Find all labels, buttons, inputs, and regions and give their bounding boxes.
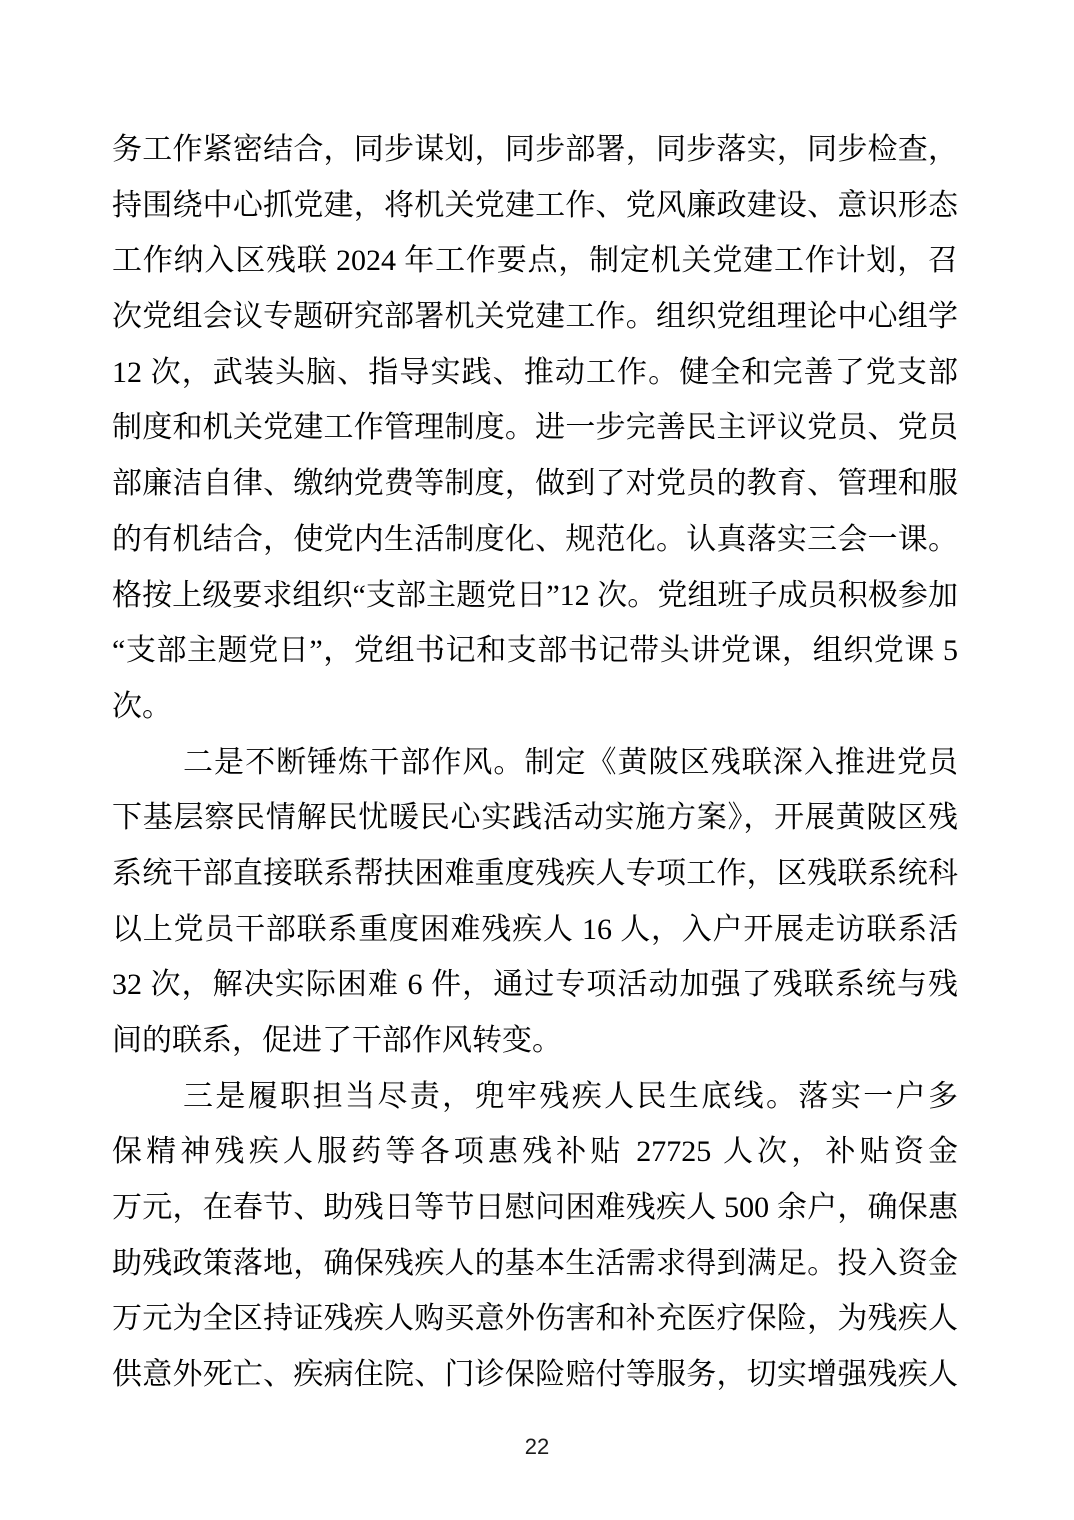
text-line: 12 次，武装头脑、指导实践、推动工作。健全和完善了党支部工作 (112, 345, 958, 401)
text-line: 次。 (112, 679, 958, 735)
text-line: 务工作紧密结合，同步谋划，同步部署，同步落实，同步检查，坚 (112, 122, 958, 178)
text-line: 制度和机关党建工作管理制度。进一步完善民主评议党员、党员干 (112, 400, 958, 456)
text-line: 万元，在春节、助残日等节日慰问困难残疾人 500 余户，确保惠残 (112, 1180, 958, 1236)
text-line: 格按上级要求组织“支部主题党日”12 次。党组班子成员积极参加 (112, 568, 958, 624)
document-body: 务工作紧密结合，同步谋划，同步部署，同步落实，同步检查，坚持围绕中心抓党建，将机… (112, 122, 958, 1403)
text-line: “支部主题党日”，党组书记和支部书记带头讲党课，组织党课 5 (112, 623, 958, 679)
text-line: 二是不断锤炼干部作风。制定《黄陂区残联深入推进党员干部 (112, 735, 958, 791)
document-page: 务工作紧密结合，同步谋划，同步部署，同步落实，同步检查，坚持围绕中心抓党建，将机… (0, 0, 1074, 1520)
paragraph: 务工作紧密结合，同步谋划，同步部署，同步落实，同步检查，坚持围绕中心抓党建，将机… (112, 122, 958, 735)
paragraph: 二是不断锤炼干部作风。制定《黄陂区残联深入推进党员干部下基层察民情解民忧暖民心实… (112, 735, 958, 1069)
text-line: 次党组会议专题研究部署机关党建工作。组织党组理论中心组学习 (112, 289, 958, 345)
text-line: 工作纳入区残联 2024 年工作要点，制定机关党建工作计划，召开 2 (112, 233, 958, 289)
text-line: 供意外死亡、疾病住院、门诊保险赔付等服务，切实增强残疾人群 (112, 1347, 958, 1403)
text-line: 持围绕中心抓党建，将机关党建工作、党风廉政建设、意识形态等 (112, 178, 958, 234)
text-line: 三是履职担当尽责，兜牢残疾人民生底线。落实一户多残、低 (112, 1069, 958, 1125)
text-line: 下基层察民情解民忧暖民心实践活动实施方案》，开展黄陂区残联 (112, 790, 958, 846)
text-line: 以上党员干部联系重度困难残疾人 16 人，入户开展走访联系活动 (112, 902, 958, 958)
paragraph: 三是履职担当尽责，兜牢残疾人民生底线。落实一户多残、低保精神残疾人服药等各项惠残… (112, 1069, 958, 1403)
text-line: 32 次，解决实际困难 6 件，通过专项活动加强了残联系统与残疾人 (112, 957, 958, 1013)
text-line: 的有机结合，使党内生活制度化、规范化。认真落实三会一课。严 (112, 512, 958, 568)
text-line: 助残政策落地，确保残疾人的基本生活需求得到满足。投入资金 296 (112, 1236, 958, 1292)
text-line: 保精神残疾人服药等各项惠残补贴 27725 人次，补贴资金 312.583 (112, 1124, 958, 1180)
text-line: 部廉洁自律、缴纳党费等制度，做到了对党员的教育、管理和服务 (112, 456, 958, 512)
text-line: 系统干部直接联系帮扶困难重度残疾人专项工作，区残联系统科级 (112, 846, 958, 902)
text-line: 间的联系，促进了干部作风转变。 (112, 1013, 958, 1069)
text-line: 万元为全区持证残疾人购买意外伤害和补充医疗保险，为残疾人提 (112, 1291, 958, 1347)
page-number: 22 (0, 1434, 1074, 1460)
